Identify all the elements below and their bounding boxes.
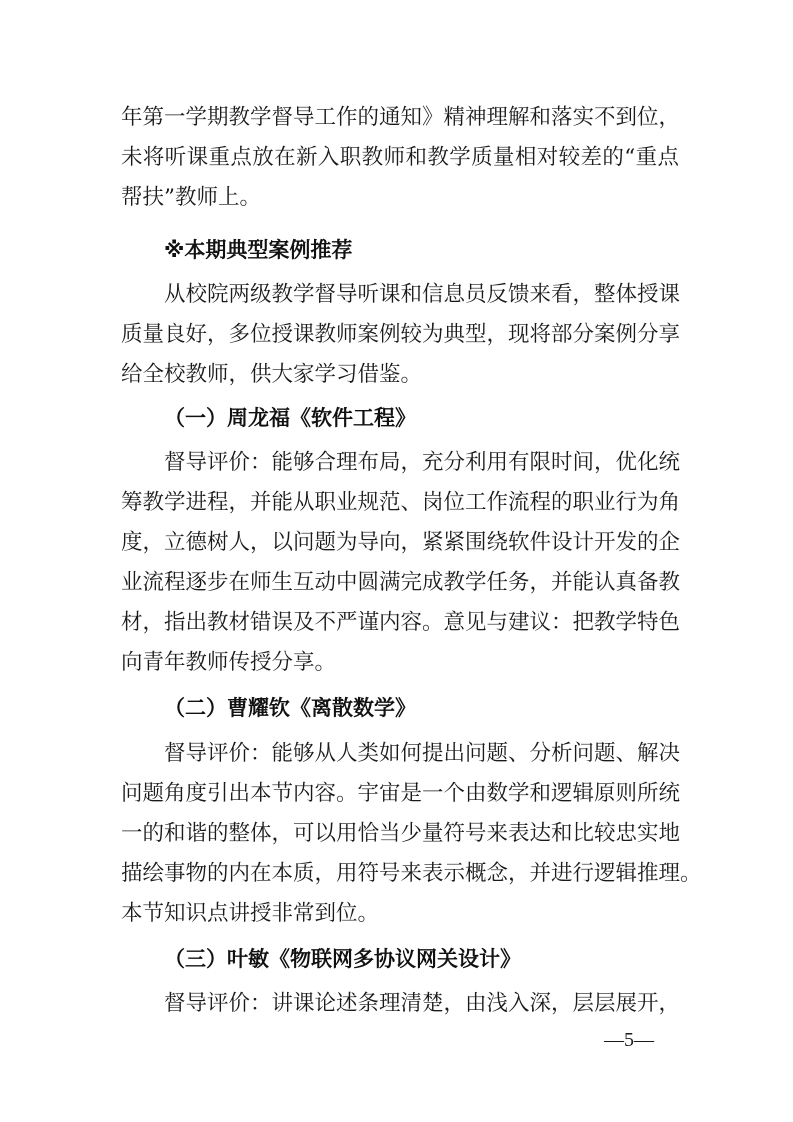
paragraph-line: 质量良好，多位授课教师案例较为典型，现将部分案例分享 <box>121 321 679 349</box>
paragraph-line: 业流程逐步在师生互动中圆满完成教学任务，并能认真备教 <box>121 569 679 597</box>
case-heading: （二）曹耀钦《离散数学》 <box>164 694 416 722</box>
paragraph-line: 一的和谐的整体，可以用恰当少量符号来表达和比较忠实地 <box>121 820 679 848</box>
paragraph-line: 未将听课重点放在新入职教师和教学质量相对较差的“重点 <box>121 144 679 172</box>
case-heading: （一）周龙福《软件工程》 <box>164 404 416 432</box>
case-heading: （三）叶敏《物联网多协议网关设计》 <box>164 945 521 973</box>
paragraph-line: 年第一学期教学督导工作的通知》精神理解和落实不到位， <box>121 104 679 132</box>
paragraph-line: 向青年教师传授分享。 <box>121 649 679 677</box>
paragraph-line: 给全校教师，供大家学习借鉴。 <box>121 361 679 389</box>
section-title: ※本期典型案例推荐 <box>164 236 352 264</box>
paragraph-line: 筹教学进程，并能从职业规范、岗位工作流程的职业行为角 <box>121 489 679 517</box>
paragraph-line: 督导评价：能够从人类如何提出问题、分析问题、解决 <box>164 740 679 768</box>
paragraph-line: 帮扶”教师上。 <box>121 184 679 212</box>
document-page: 年第一学期教学督导工作的通知》精神理解和落实不到位， 未将听课重点放在新入职教师… <box>0 0 793 1122</box>
paragraph-line: 督导评价：能够合理布局，充分利用有限时间，优化统 <box>164 449 679 477</box>
paragraph-line: 本节知识点讲授非常到位。 <box>121 900 679 928</box>
paragraph-line: 材，指出教材错误及不严谨内容。意见与建议：把教学特色 <box>121 609 679 637</box>
paragraph-line: 问题角度引出本节内容。宇宙是一个由数学和逻辑原则所统 <box>121 780 679 808</box>
paragraph-line: 描绘事物的内在本质，用符号来表示概念，并进行逻辑推理。 <box>121 860 679 888</box>
page-number: —5— <box>604 1028 654 1052</box>
paragraph-line: 度，立德树人，以问题为导向，紧紧围绕软件设计开发的企 <box>121 529 679 557</box>
paragraph-line: 从校院两级教学督导听课和信息员反馈来看，整体授课 <box>164 281 679 309</box>
paragraph-line: 督导评价：讲课论述条理清楚，由浅入深，层层展开， <box>164 990 679 1018</box>
